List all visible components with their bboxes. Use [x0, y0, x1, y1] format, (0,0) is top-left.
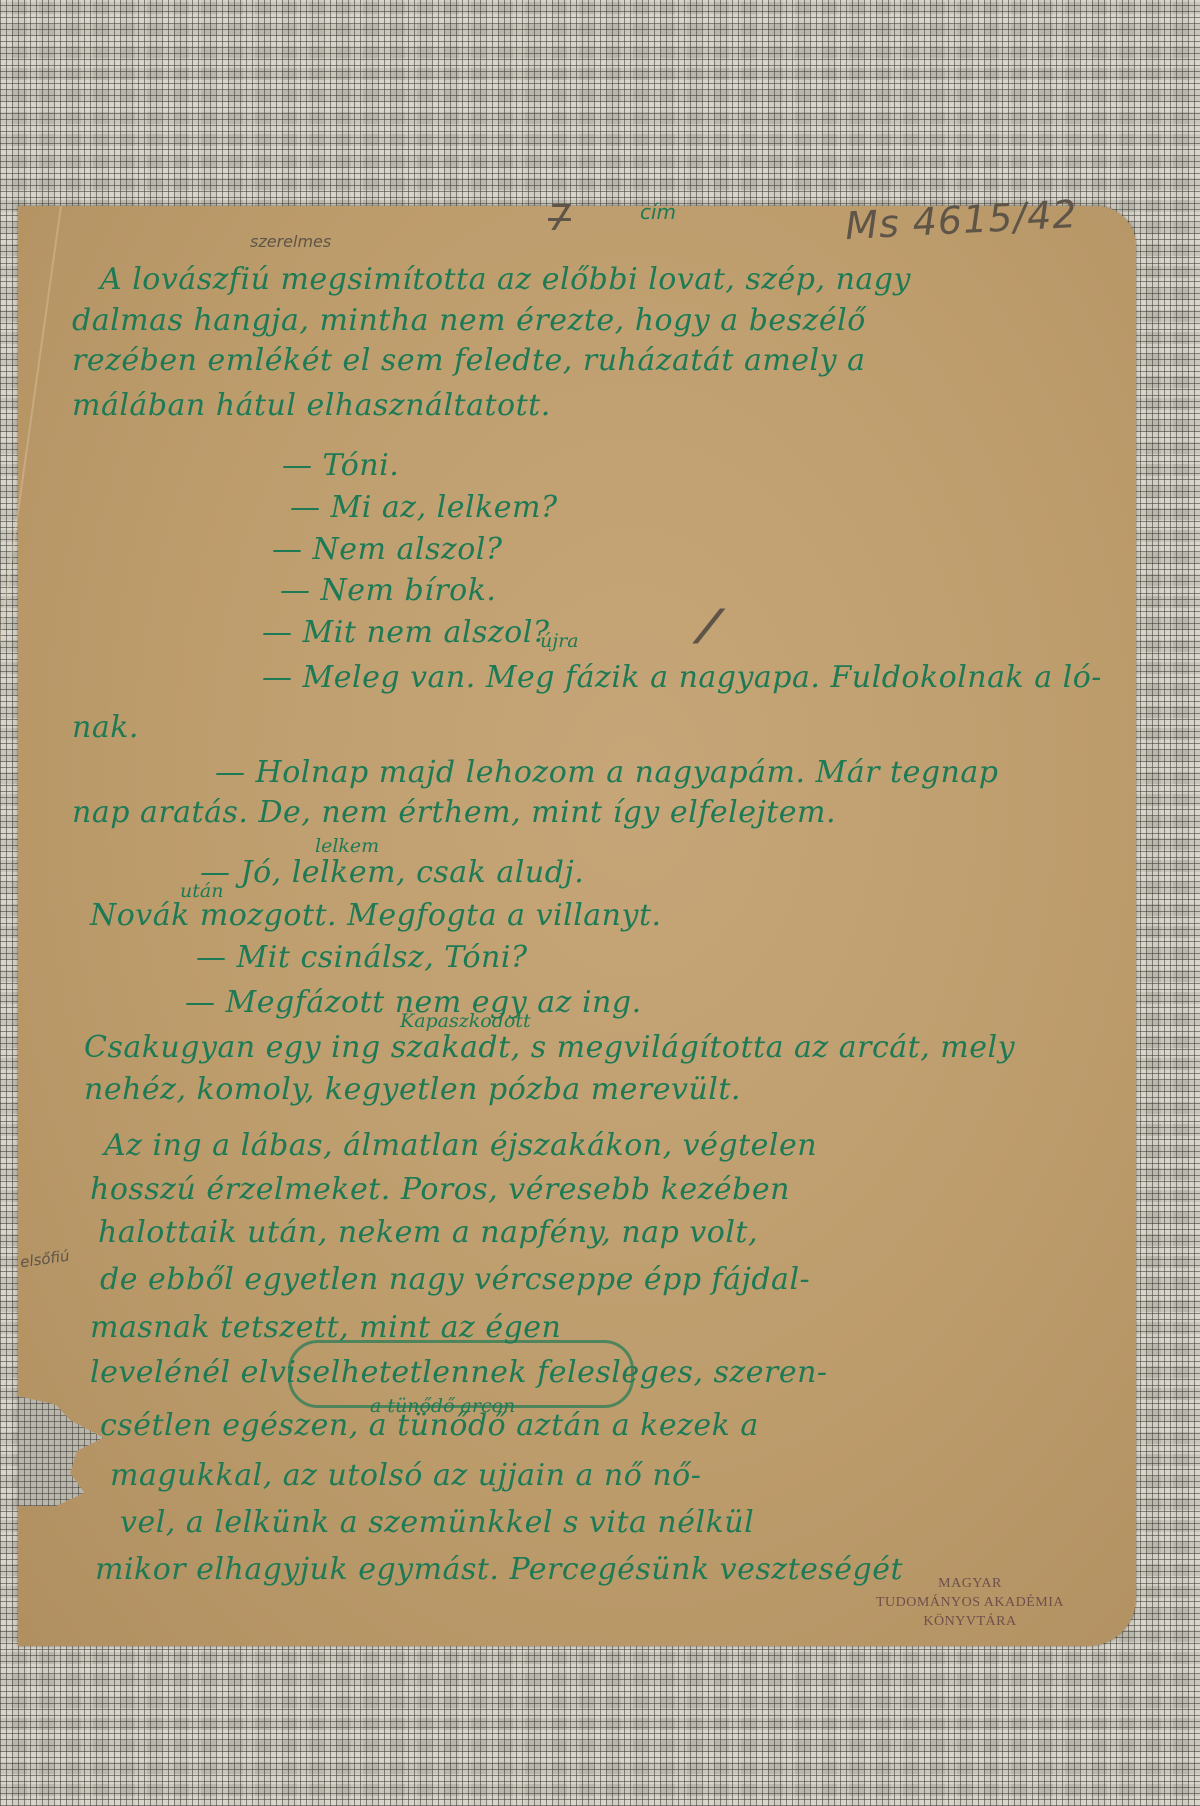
text-line: nak. [72, 710, 139, 745]
stamp-line: KÖNYVTÁRA [855, 1612, 1085, 1631]
text-line: nap aratás. De, nem érthem, mint így elf… [72, 795, 836, 830]
interlinear-insert: újra [540, 630, 579, 652]
interlinear-insert: lelkem [315, 835, 379, 857]
text-line: Novák mozgott. Megfogta a villanyt. [90, 898, 662, 933]
dialogue-line: — Mit nem alszol? [262, 615, 549, 650]
text-line: rezében emlékét el sem feledte, ruházatá… [72, 343, 866, 378]
text-line: mikor elhagyjuk egymást. Percegésünk ves… [95, 1552, 903, 1587]
text-line: nehéz, komoly, kegyetlen pózba merevült. [84, 1072, 741, 1107]
text-line: dalmas hangja, mintha nem érezte, hogy a… [72, 303, 866, 338]
text-line: hosszú érzelmeket. Poros, véresebb kezéb… [90, 1172, 790, 1207]
pencil-number-mark: 7 [548, 198, 571, 239]
text-line: Az ing a lábas, álmatlan éjszakákon, vég… [104, 1128, 817, 1163]
library-stamp: MAGYAR TUDOMÁNYOS AKADÉMIA KÖNYVTÁRA [855, 1574, 1085, 1631]
dialogue-line: — Nem alszol? [272, 532, 502, 567]
dialogue-line: — Mi az, lelkem? [290, 490, 558, 525]
text-line: málában hátul elhasználtatott. [72, 388, 551, 423]
stamp-line: MAGYAR [855, 1574, 1085, 1593]
dialogue-line: — Mit csinálsz, Tóni? [196, 940, 528, 975]
text-line: halottaik után, nekem a napfény, nap vol… [98, 1215, 758, 1250]
text-line: de ebből egyetlen nagy vércseppe épp fáj… [100, 1262, 810, 1297]
text-line: A lovászfiú megsimította az előbbi lovat… [100, 262, 911, 297]
interlinear-insert: Kapaszkodott [400, 1010, 531, 1032]
title-mark: cím [640, 200, 676, 224]
text-line: magukkal, az utolsó az ujjain a nő nő- [110, 1458, 701, 1493]
text-line: Csakugyan egy ing szakadt, s megvilágíto… [84, 1030, 1015, 1065]
stamp-line: TUDOMÁNYOS AKADÉMIA [855, 1593, 1085, 1612]
dialogue-line: — Jó, lelkem, csak aludj. [200, 855, 584, 890]
dialogue-line: — Meleg van. Meg fázik a nagyapa. Fuldok… [262, 660, 1102, 695]
text-line: csétlen egészen, a tünődő aztán a kezek … [100, 1408, 759, 1443]
dialogue-line: — Tóni. [282, 448, 399, 483]
dialogue-line: — Nem bírok. [280, 573, 496, 608]
margin-note-top: szerelmes [250, 232, 331, 251]
pencil-scribble: ⁄ [705, 600, 713, 654]
dialogue-line: — Holnap majd lehozom a nagyapám. Már te… [215, 755, 998, 790]
text-line: vel, a lelkünk a szemünkkel s vita nélkü… [120, 1505, 754, 1540]
